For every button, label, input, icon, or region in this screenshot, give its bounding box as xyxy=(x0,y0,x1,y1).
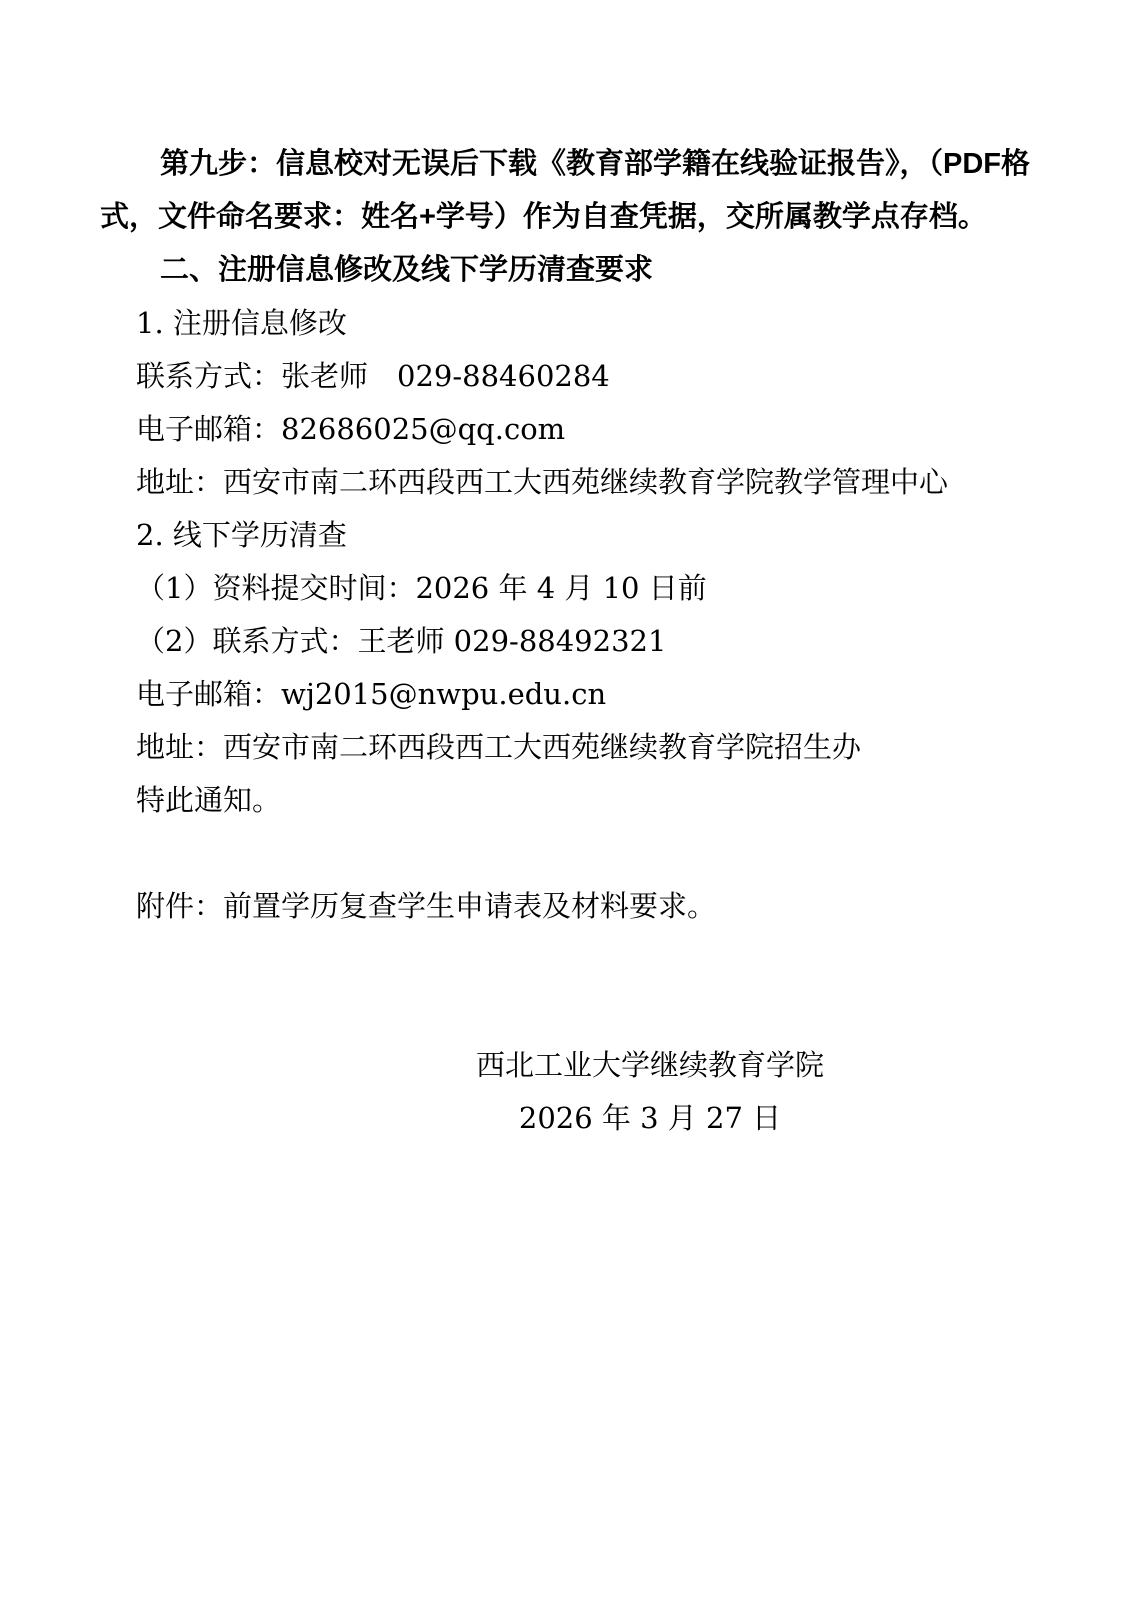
document-page: 第九步：信息校对无误后下载《教育部学籍在线验证报告》，（PDF格式，文件命名要求… xyxy=(0,0,1131,1600)
signature-org: 西北工业大学继续教育学院 xyxy=(270,1039,1030,1092)
section-heading: 二、注册信息修改及线下学历清查要求 xyxy=(100,244,1030,297)
signature-block: 西北工业大学继续教育学院 2026 年 3 月 27 日 xyxy=(270,1039,1030,1145)
closing-note: 特此通知。 xyxy=(100,774,1030,827)
item-2-address: 地址：西安市南二环西段西工大西苑继续教育学院招生办 xyxy=(100,721,1030,774)
signature-date: 2026 年 3 月 27 日 xyxy=(270,1092,1030,1145)
item-2-deadline: （1）资料提交时间：2026 年 4 月 10 日前 xyxy=(100,562,1030,615)
item-1-contact: 联系方式：张老师 029-88460284 xyxy=(100,350,1030,403)
item-1-title: 1. 注册信息修改 xyxy=(100,297,1030,350)
item-2-email: 电子邮箱：wj2015@nwpu.edu.cn xyxy=(100,668,1030,721)
attachment-note: 附件：前置学历复查学生申请表及材料要求。 xyxy=(100,880,1030,933)
item-2-title: 2. 线下学历清查 xyxy=(100,509,1030,562)
intro-paragraph: 第九步：信息校对无误后下载《教育部学籍在线验证报告》，（PDF格式，文件命名要求… xyxy=(100,138,1030,244)
item-1-email: 电子邮箱：82686025@qq.com xyxy=(100,403,1030,456)
document-content: 第九步：信息校对无误后下载《教育部学籍在线验证报告》，（PDF格式，文件命名要求… xyxy=(100,138,1030,1145)
item-1-address: 地址：西安市南二环西段西工大西苑继续教育学院教学管理中心 xyxy=(100,456,1030,509)
item-2-contact: （2）联系方式：王老师 029-88492321 xyxy=(100,615,1030,668)
